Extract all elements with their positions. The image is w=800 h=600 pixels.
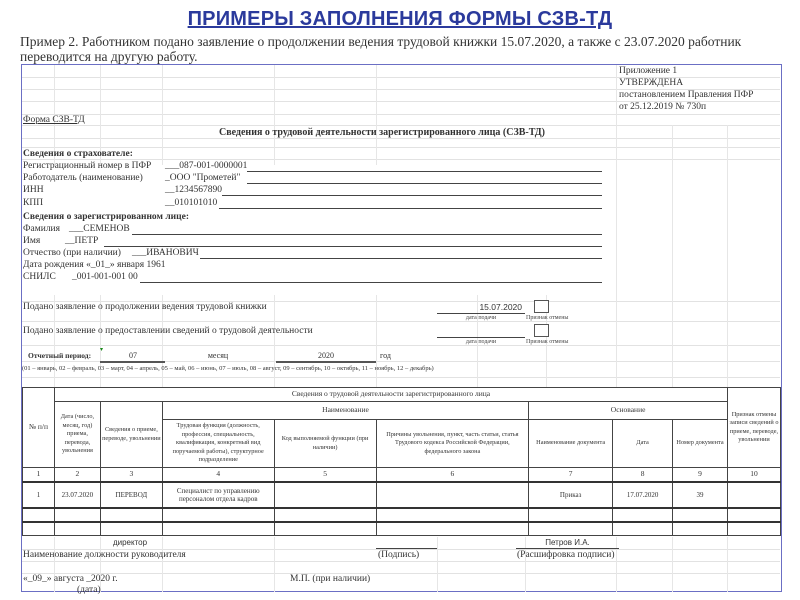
table-row	[23, 522, 781, 536]
cancel-caption-1: Признак отмены	[526, 315, 568, 321]
inn-value: __1234567890	[165, 185, 222, 195]
approval-line-1: Приложение 1	[619, 66, 677, 76]
approval-line-2: УТВЕРЖДЕНА	[619, 78, 683, 88]
application-info-text: Подано заявление о предоставлении сведен…	[23, 326, 313, 336]
insurer-heading: Сведения о страхователе:	[23, 149, 133, 159]
approval-line-3: постановлением Правления ПФР	[619, 90, 753, 100]
sign-date: «_09_» августа _2020 г.	[23, 574, 118, 584]
name-label: Имя	[23, 236, 40, 246]
surname-label: Фамилия	[23, 224, 60, 234]
cancel-checkbox-1[interactable]	[534, 300, 549, 313]
employer-label: Работодатель (наименование)	[23, 173, 143, 183]
col-header-6: Причины увольнения, пункт, часть статьи,…	[376, 420, 529, 468]
patronymic-value: ___ИВАНОВИЧ	[132, 248, 199, 258]
col-header-5: Код выполняемой функции (при наличии)	[274, 420, 376, 468]
approval-line-4: от 25.12.2019 № 730п	[619, 102, 706, 112]
employer-value: _ООО "Прометей"	[165, 173, 240, 183]
period-label: Отчетный период:	[28, 351, 91, 360]
col-header-10: Признак отмены записи сведений о приеме,…	[727, 388, 780, 468]
period-month-value: 07	[102, 351, 164, 360]
col-header-2: Дата (число, месяц, год) приема, перевод…	[54, 402, 100, 468]
signer-name: Петров И.А.	[516, 538, 619, 547]
cancel-checkbox-2[interactable]	[534, 324, 549, 337]
reg-number-value: ___087-001-0000001	[165, 161, 247, 171]
col-header-9: Номер документа	[673, 420, 728, 468]
form-name: Форма СЗВ-ТД	[23, 115, 85, 125]
date-caption-1: дата подачи	[437, 315, 525, 321]
col-header-8: Дата	[613, 420, 673, 468]
cancel-caption-2: Признак отмены	[526, 339, 568, 345]
month-legend: (01 – январь, 02 – февраль, 03 – март, 0…	[22, 365, 434, 372]
column-number-row: 1 2 3 4 5 6 7 8 9 10	[23, 468, 781, 483]
naimenovanie-header: Наименование	[162, 402, 528, 420]
stamp-label: М.П. (при наличии)	[290, 574, 370, 584]
position-caption: Наименование должности руководителя	[23, 550, 186, 560]
patronymic-label: Отчество (при наличии)	[23, 248, 121, 258]
period-year-value: 2020	[276, 351, 376, 360]
date-caption-2: дата подачи	[437, 339, 525, 345]
snils-value: _001-001-001 00	[72, 272, 138, 282]
table-row: 1 23.07.2020 ПЕРЕВОД Специалист по управ…	[23, 482, 781, 508]
person-heading: Сведения о зарегистрированном лице:	[23, 212, 189, 222]
page-title: ПРИМЕРЫ ЗАПОЛНЕНИЯ ФОРМЫ СЗВ-ТД	[0, 8, 800, 31]
form-title: Сведения о трудовой деятельности зарегис…	[22, 127, 742, 138]
col-header-3: Сведения о приеме, переводе, увольнении	[100, 402, 162, 468]
col-header-1: № п/п	[23, 388, 55, 468]
date-caption: (дата)	[77, 585, 101, 595]
snils-label: СНИЛС	[23, 272, 56, 282]
form-sheet: Приложение 1 УТВЕРЖДЕНА постановлением П…	[21, 64, 782, 592]
col-header-4: Трудовая функция (должность, профессия, …	[162, 420, 274, 468]
example-description: Пример 2. Работником подано заявление о …	[20, 34, 790, 64]
inn-label: ИНН	[23, 185, 44, 195]
reg-number-label: Регистрационный номер в ПФР	[23, 161, 151, 171]
period-month-label: месяц	[162, 351, 274, 360]
signer-name-caption: (Расшифровка подписи)	[517, 550, 615, 560]
surname-value: ___СЕМЕНОВ	[69, 224, 130, 234]
period-year-label: год	[380, 351, 391, 360]
application-workbook-text: Подано заявление о продолжении ведения т…	[23, 302, 267, 312]
group-header: Сведения о трудовой деятельности зарегис…	[54, 388, 727, 402]
employment-records-table: № п/п Сведения о трудовой деятельности з…	[22, 387, 781, 536]
kpp-label: КПП	[23, 198, 43, 208]
application-workbook-date: 15.07.2020	[442, 302, 522, 312]
col-header-7: Наименование документа	[529, 420, 613, 468]
name-value: __ПЕТР	[65, 236, 98, 246]
osnovanie-header: Основание	[529, 402, 728, 420]
table-row	[23, 508, 781, 522]
position-value: директор	[100, 538, 160, 547]
birth-date: Дата рождения «_01_» января 1961	[23, 260, 166, 270]
kpp-value: __010101010	[165, 198, 217, 208]
signature-caption: (Подпись)	[378, 550, 419, 560]
